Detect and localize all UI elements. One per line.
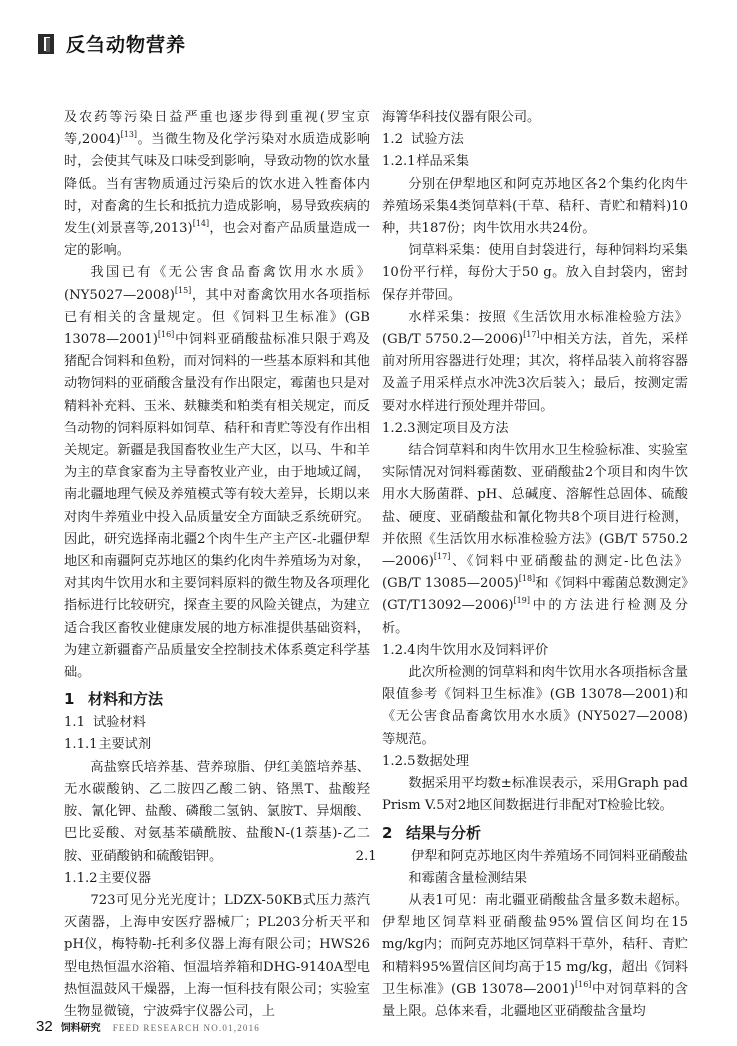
methods-paragraph: 结合饲草料和肉牛饮用水卫生检验标准、实验室实际情况对饲料霉菌数、亚硝酸盐2个项目… [382, 440, 688, 640]
page-footer: 32 饲料研究 FEED RESEARCH NO.01,2016 [36, 1018, 260, 1035]
citation: [17] [434, 552, 450, 561]
heading-test-methods: 1.2试验方法 [382, 129, 688, 151]
heading-materials-methods: 1材料和方法 [64, 686, 370, 712]
instruments-paragraph: 723可见分光光度计；LDZX-50KB式压力蒸汽灭菌器，上海申安医疗器械厂；P… [64, 890, 370, 1023]
citation: [17] [523, 330, 539, 339]
water-sampling-paragraph: 水样采集：按照《生活饮用水标准检验方法》(GB/T 5750.2—2006)[1… [382, 307, 688, 418]
journal-issue: FEED RESEARCH NO.01,2016 [113, 1023, 260, 1033]
sampling-paragraph: 分别在伊犁地区和阿克苏地区各2个集约化肉牛养殖场采集4类饲草料(干草、秸秆、青贮… [382, 174, 688, 241]
heading-reagents: 1.1.1主要试剂 [64, 734, 370, 756]
journal-name: 饲料研究 [61, 1019, 101, 1034]
book-icon [38, 34, 54, 54]
heading-test-materials: 1.1试验材料 [64, 712, 370, 734]
citation: [16] [158, 330, 174, 339]
reagents-paragraph: 高盐察氏培养基、营养琼脂、伊红美篮培养基、无水碳酸钠、乙二胺四乙酸二钠、铬黑T、… [64, 757, 370, 868]
citation: [14] [193, 219, 209, 228]
evaluation-paragraph: 此次所检测的饲草料和肉牛饮用水各项指标含量限值参考《饲料卫生标准》(GB 130… [382, 662, 688, 751]
heading-results: 2结果与分析 [382, 820, 688, 846]
heading-evaluation: 1.2.4肉牛饮用水及饲料评价 [382, 640, 688, 662]
citation: [19] [514, 596, 530, 605]
instruments-paragraph-continued: 海箐华科技仪器有限公司。 [382, 107, 688, 129]
citation: [13] [121, 130, 137, 139]
data-processing-paragraph: 数据采用平均数±标准误表示，采用Graph pad Prism V.5对2地区间… [382, 773, 688, 817]
page-number: 32 [36, 1018, 53, 1035]
feed-sampling-paragraph: 饲草料采集：使用自封袋进行，每种饲料均采集10份平行样，每份大于50 g。放入自… [382, 240, 688, 307]
citation: [18] [519, 574, 535, 583]
heading-results-nitrite-mold: 2.1伊犁和阿克苏地区肉牛养殖场不同饲料亚硝酸盐和霉菌含量检测结果 [382, 846, 688, 890]
citation: [15] [175, 286, 191, 295]
results-paragraph: 从表1可见：南北疆亚硝酸盐含量多数未超标。伊犁地区饲草料亚硝酸盐95%置信区间均… [382, 890, 688, 1023]
heading-sample-collection: 1.2.1样品采集 [382, 151, 688, 173]
section-title: 反刍动物营养 [66, 30, 186, 57]
citation: [16] [575, 980, 591, 989]
heading-instruments: 1.1.2主要仪器 [64, 868, 370, 890]
heading-data-processing: 1.2.5数据处理 [382, 751, 688, 773]
running-header: 反刍动物营养 [38, 30, 186, 57]
left-column: 及农药等污染日益严重也逐步得到重视(罗宝京等,2004)[13]。当微生物及化学… [64, 107, 370, 1023]
intro-paragraph-continued: 及农药等污染日益严重也逐步得到重视(罗宝京等,2004)[13]。当微生物及化学… [64, 107, 370, 262]
heading-measurement-items: 1.2.3测定项目及方法 [382, 418, 688, 440]
intro-paragraph: 我国已有《无公害食品畜禽饮用水水质》(NY5027—2008)[15]，其中对畜… [64, 262, 370, 684]
right-column: 海箐华科技仪器有限公司。 1.2试验方法 1.2.1样品采集 分别在伊犁地区和阿… [382, 107, 688, 1023]
